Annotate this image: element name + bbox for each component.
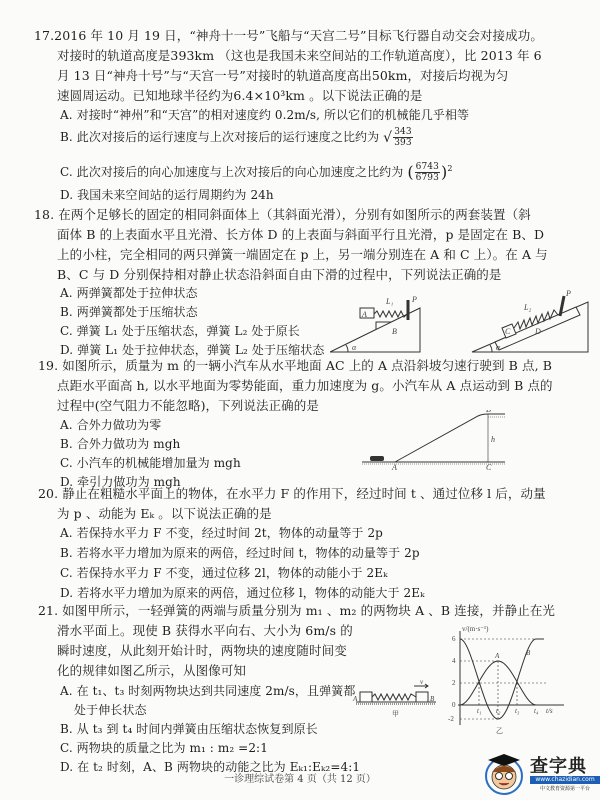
q20-option-c: C. 若保持水平力 F 不变，通过位移 2l，物体的动能小于 2Eₖ bbox=[60, 565, 388, 581]
q19-option-b: B. 合外力做功为 mgh bbox=[60, 436, 180, 452]
caption-yi: 乙 bbox=[496, 727, 503, 735]
q21-vt-chart: v/(m·s⁻¹) 6 4 2 0 -2 t₁ t₂ t₃ t₄ t/s A B… bbox=[440, 625, 570, 735]
watermark-title: 查字典 bbox=[530, 752, 587, 778]
label-b: B bbox=[430, 695, 435, 703]
q18-line-3: 上的小柱，完全相同的两只弹簧一端固定在 p 上，另一端分别连在 A 和 C 上）… bbox=[57, 247, 548, 263]
xtick-t2: t₂ bbox=[496, 707, 501, 715]
q21-line-4: 化的规律如图乙所示，从图像可知 bbox=[57, 663, 246, 679]
q18-option-a: A. 两弹簧都处于拉伸状态 bbox=[60, 285, 198, 301]
q19-line-3: 过程中(空气阻力不能忽略)，下列说法正确的是 bbox=[57, 398, 319, 414]
q18-option-b: B. 两弹簧都处于压缩状态 bbox=[60, 304, 198, 320]
label-p-left: P bbox=[411, 295, 417, 304]
q18-incline-figure: L₁ P A B α L₂ P C D α bbox=[330, 282, 600, 357]
watermark-url: www.chazidian.com bbox=[530, 776, 600, 784]
q17-option-c-fraction: 67436793 bbox=[415, 162, 440, 183]
q19-line-1: 19. 如图所示，质量为 m 的一辆小汽车从水平地面 AC 上的 A 点沿斜坡匀… bbox=[38, 358, 552, 374]
q20-option-a: A. 若保持水平力 F 不变，经过时间 2t，物体的动量等于 2p bbox=[60, 525, 383, 541]
watermark-tagline: 中文教育资源第一平台 bbox=[530, 785, 600, 792]
label-b: B bbox=[486, 410, 491, 414]
label-b: B bbox=[392, 327, 397, 336]
q17-option-b-fraction: 343393 bbox=[393, 127, 412, 148]
q18-line-1: 18. 在两个足够长的固定的相同斜面体上（其斜面光滑），分别有如图所示的两套装置… bbox=[34, 207, 531, 223]
q21-spring-figure: A B v 甲 bbox=[350, 680, 440, 720]
q19-option-c: C. 小汽车的机械能增加量为 mgh bbox=[60, 455, 241, 471]
q19-line-2: 点距水平面高 h, 以水平地面为零势能面，重力加速度为 g。小汽车从 A 点运动… bbox=[57, 378, 553, 394]
q18-line-2: 面体 B 的上表面水平且光滑、长方体 D 的上表面与斜面平行且光滑，p 是固定在… bbox=[57, 227, 544, 243]
q21-option-b: B. 从 t₃ 到 t₄ 时间内弹簧由压缩状态恢复到原长 bbox=[60, 721, 318, 737]
ytick-4: 4 bbox=[452, 657, 456, 665]
label-a: A bbox=[391, 463, 397, 470]
q20-option-d: D. 若将水平力增加为原来的两倍，通过位移 l，物体的动能大于 2Eₖ bbox=[60, 585, 425, 601]
q21-option-a: A. 在 t₁、t₃ 时刻两物块达到共同速度 2m/s，且弹簧都 bbox=[60, 683, 355, 699]
q20-line-2: 为 p 、动能为 Eₖ 。以下说法正确的是 bbox=[57, 506, 272, 522]
label-c: C bbox=[486, 463, 492, 470]
label-l2: L₂ bbox=[523, 303, 531, 312]
q19-option-a: A. 合外力做功为零 bbox=[60, 417, 161, 433]
curve-b bbox=[460, 639, 544, 719]
curve-label-a: A bbox=[494, 652, 500, 660]
ytick-0: 0 bbox=[452, 701, 456, 709]
mascot-icon bbox=[482, 750, 528, 796]
ytick-6: 6 bbox=[452, 635, 456, 643]
watermark-logo: 查字典 www.chazidian.com 中文教育资源第一平台 bbox=[480, 748, 600, 798]
q17-option-b: B. 此次对接后的运行速度与上次对接后的运行速度之比约为 √343393 bbox=[60, 127, 414, 148]
q20-option-b: B. 若将水平力增加为原来的两倍，经过时间 t，物体的动量等于 2p bbox=[60, 545, 420, 561]
q19-slope-figure: B h A C bbox=[360, 410, 510, 470]
label-a: A bbox=[361, 310, 367, 319]
q21-line-1: 21. 如图甲所示，一轻弹簧的两端与质量分别为 m₁ 、m₂ 的两物块 A 、B… bbox=[38, 603, 555, 619]
sqrt-symbol: √ bbox=[383, 130, 392, 146]
label-c: C bbox=[505, 327, 511, 336]
xtick-t1: t₁ bbox=[477, 707, 481, 715]
q18-option-c: C. 弹簧 L₁ 处于压缩状态，弹簧 L₂ 处于原长 bbox=[60, 323, 300, 339]
xtick-t3: t₃ bbox=[515, 707, 520, 715]
exam-page: 17.2016 年 10 月 19 日，“神舟十一号”飞船与“天宫二号”目标飞行… bbox=[0, 0, 600, 800]
xtick-t4: t₄ bbox=[534, 707, 539, 715]
chart-xlabel: t/s bbox=[546, 707, 553, 715]
q20-line-1: 20. 静止在粗糙水平面上的物体，在水平力 F 的作用下，经过时间 t 、通过位… bbox=[38, 486, 546, 502]
ytick-2: 2 bbox=[452, 679, 456, 687]
q17-line-2: 对接时的轨道高度是393km （这也是我国未来空间站的工作轨道高度），比 201… bbox=[57, 48, 542, 64]
q17-line-4: 速圆周运动。已知地球半径约为6.4×10³km 。以下说法正确的是 bbox=[57, 88, 422, 104]
car-icon bbox=[370, 456, 384, 461]
q17-line-1: 17.2016 年 10 月 19 日，“神舟十一号”飞船与“天宫二号”目标飞行… bbox=[34, 28, 543, 44]
q21-option-a-cont: 处于伸长状态 bbox=[74, 702, 147, 718]
ytick-neg2: -2 bbox=[448, 715, 454, 723]
q18-option-d: D. 弹簧 L₁ 处于拉伸状态，弹簧 L₂ 处于压缩状态 bbox=[60, 342, 324, 358]
label-h: h bbox=[491, 435, 495, 444]
curve-label-b: B bbox=[526, 649, 531, 657]
q21-option-c: C. 两物块的质量之比为 m₁ : m₂ =2:1 bbox=[60, 740, 268, 756]
caption-jia: 甲 bbox=[392, 710, 399, 718]
label-l1: L₁ bbox=[385, 297, 393, 306]
q17-option-b-text: B. 此次对接后的运行速度与上次对接后的运行速度之比约为 bbox=[60, 130, 379, 144]
label-p-right: P bbox=[565, 289, 571, 298]
label-d: D bbox=[534, 327, 541, 336]
q17-option-c-text: C. 此次对接后的向心加速度与上次对接后的向心加速度之比约为 bbox=[60, 165, 403, 179]
q18-line-4: B、C 与 D 分别保持相对静止状态沿斜面自由下滑的过程中，下列说法正确的是 bbox=[57, 267, 502, 283]
q17-option-d: D. 我国未来空间站的运行周期约为 24h bbox=[60, 187, 274, 203]
q21-line-3: 瞬时速度，从此刻开始计时，两物块的速度随时间变 bbox=[57, 643, 347, 659]
q21-line-2: 滑水平面上。现使 B 获得水平向右、大小为 6m/s 的 bbox=[57, 623, 353, 639]
q17-option-a: A. 对接时“神州”和“天宫”的相对速度约 0.2m/s, 所以它们的机械能几乎… bbox=[60, 107, 469, 123]
q17-line-3: 月 13 日“神舟十号”与“天宫一号”对接时的轨道高度高出50km，对接后均视为… bbox=[57, 68, 508, 84]
label-v: v bbox=[420, 680, 424, 686]
q17-option-c: C. 此次对接后的向心加速度与上次对接后的向心加速度之比约为 (67436793… bbox=[60, 161, 453, 183]
chart-ylabel: v/(m·s⁻¹) bbox=[462, 625, 489, 633]
label-a: A bbox=[352, 695, 358, 703]
